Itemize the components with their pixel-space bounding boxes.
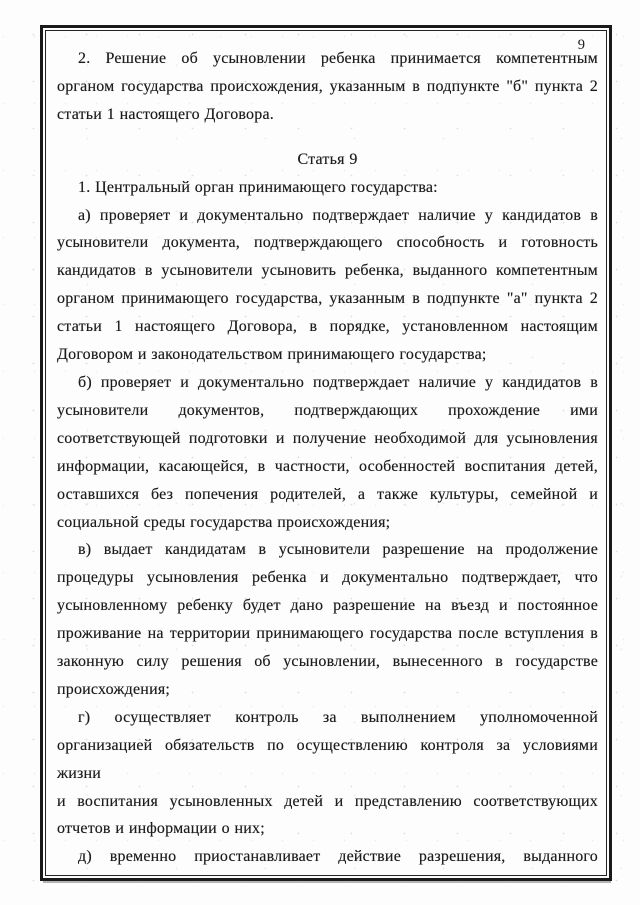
text-line: в) выдает кандидатам в усыновители разре… bbox=[57, 536, 598, 564]
subitem-b: б) проверяет и документально подтверждае… bbox=[57, 369, 598, 536]
text-line: г) осуществляет контроль за выполнением … bbox=[57, 704, 598, 732]
text-line: усыновители документов, подтверждающих п… bbox=[57, 397, 598, 425]
text-line: статьи 1 настоящего Договора, в порядке,… bbox=[57, 313, 598, 341]
text-line: и воспитания усыновленных детей и предст… bbox=[57, 788, 598, 816]
text-line: проживание на территории принимающего го… bbox=[57, 620, 598, 648]
text-line: оставшихся без попечения родителей, а та… bbox=[57, 481, 598, 509]
text-line: Договором и законодательством принимающе… bbox=[57, 341, 598, 369]
text-line: процедуры усыновления ребенка и документ… bbox=[57, 564, 598, 592]
scanned-document-page: 9 2. Решение об усыновлении ребенка прин… bbox=[0, 0, 640, 905]
text-line: происхождения; bbox=[57, 676, 598, 704]
text-line: 2. Решение об усыновлении ребенка приним… bbox=[57, 45, 598, 73]
text-line: д) временно приостанавливает действие ра… bbox=[57, 843, 598, 871]
text-line: органом государства происхождения, указа… bbox=[57, 73, 598, 101]
text-line: законную силу решения об усыновлении, вы… bbox=[57, 648, 598, 676]
text-line: статьи 1 настоящего Договора. bbox=[57, 101, 598, 129]
text-line: органом принимающего государства, указан… bbox=[57, 285, 598, 313]
text-line: усыновители документа, подтверждающего с… bbox=[57, 229, 598, 257]
text-line: организацией обязательств по осуществлен… bbox=[57, 732, 598, 788]
page-number: 9 bbox=[578, 38, 585, 53]
text-line: уполномоченной организации, в части закл… bbox=[57, 871, 598, 876]
text-line: социальной среды государства происхожден… bbox=[57, 509, 598, 537]
document-body: 2. Решение об усыновлении ребенка приним… bbox=[57, 45, 598, 876]
text-line: а) проверяет и документально подтверждае… bbox=[57, 202, 598, 230]
page-border-inner-frame: 9 2. Решение об усыновлении ребенка прин… bbox=[45, 30, 607, 876]
paragraph-clause-2: 2. Решение об усыновлении ребенка приним… bbox=[57, 45, 598, 129]
subitem-v: в) выдает кандидатам в усыновители разре… bbox=[57, 536, 598, 703]
text-line: б) проверяет и документально подтверждае… bbox=[57, 369, 598, 397]
page-border-frame: 9 2. Решение об усыновлении ребенка прин… bbox=[40, 25, 612, 881]
subitem-d: д) временно приостанавливает действие ра… bbox=[57, 843, 598, 876]
subitem-g: г) осуществляет контроль за выполнением … bbox=[57, 704, 598, 844]
article-9-heading: Статья 9 bbox=[57, 146, 598, 174]
text-line: соответствующей подготовки и получение н… bbox=[57, 425, 598, 453]
subitem-a: а) проверяет и документально подтверждае… bbox=[57, 202, 598, 369]
text-line: информации, касающейся, в частности, осо… bbox=[57, 453, 598, 481]
text-line: усыновленному ребенку будет дано разреше… bbox=[57, 592, 598, 620]
text-line: отчетов и информации о них; bbox=[57, 815, 598, 843]
clause-1-intro: 1. Центральный орган принимающего госуда… bbox=[57, 174, 598, 202]
text-line: кандидатов в усыновители усыновить ребен… bbox=[57, 257, 598, 285]
